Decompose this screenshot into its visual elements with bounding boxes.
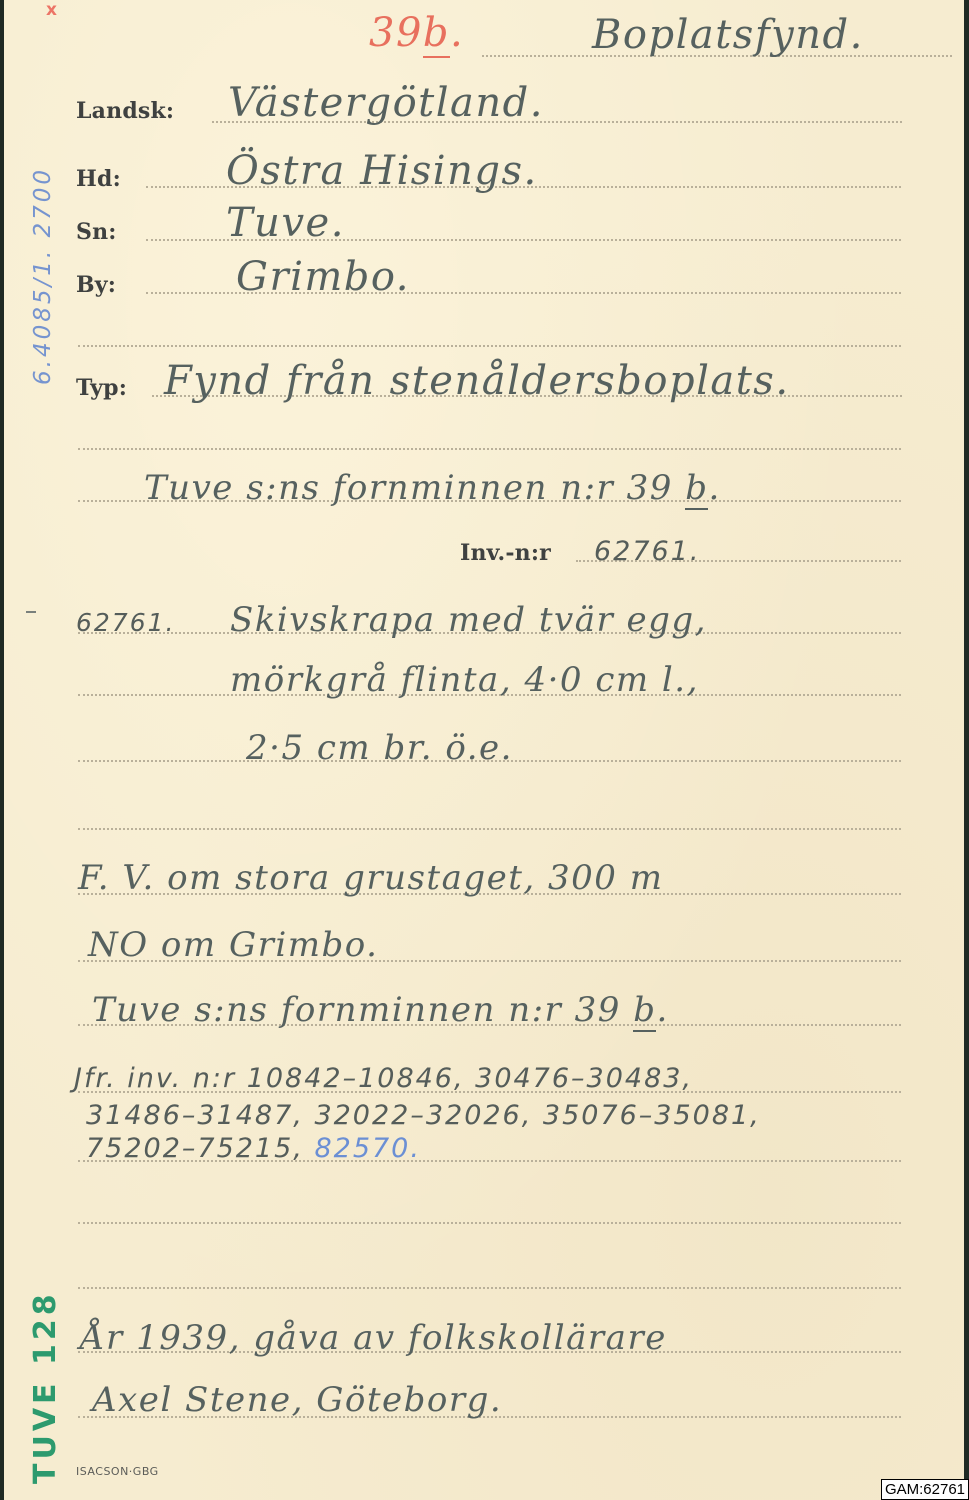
inventory-label: Inv.-n:r xyxy=(460,540,551,566)
item-description-line-2: mörkgrå flinta, 4·0 cm l., xyxy=(230,660,699,700)
card-number-end: . xyxy=(450,10,464,56)
compare-last-range: 75202–75215, xyxy=(86,1133,304,1164)
field-value-by: Grimbo. xyxy=(236,254,410,300)
card-number-suffix: b xyxy=(423,10,450,58)
monument-reference-2-end: . xyxy=(656,990,668,1030)
field-label-hd: Hd: xyxy=(76,166,121,192)
field-label-sn: Sn: xyxy=(76,219,117,245)
compare-line-3-text: 75202–75215, 82570. xyxy=(86,1133,421,1164)
monument-reference-2-suffix: b xyxy=(633,990,656,1032)
compare-added-number: 82570. xyxy=(314,1133,420,1164)
side-archive-number: 6.4085/1. 2700 xyxy=(30,167,56,385)
field-label-landsk: Landsk: xyxy=(76,98,174,124)
type-value: Fynd från stenåldersboplats. xyxy=(164,358,790,404)
corner-mark: x xyxy=(46,0,57,20)
monument-reference-2: Tuve s:ns fornminnen n:r 39 b. xyxy=(92,990,669,1030)
field-value-hd: Östra Hisings. xyxy=(226,148,538,194)
printer-imprint: ISACSON·GBG xyxy=(76,1465,159,1478)
find-location-line-2: NO om Grimbo. xyxy=(88,925,378,965)
blank-line-5 xyxy=(78,1287,901,1289)
field-value-landsk: Västergötland. xyxy=(228,80,544,126)
inventory-value: 62761. xyxy=(594,536,700,567)
monument-reference: Tuve s:ns fornminnen n:r 39 b. xyxy=(144,468,721,508)
acquisition-line-2-text: Axel Stene, Göteborg. xyxy=(92,1380,502,1420)
find-location-line-1: F. V. om stora grustaget, 300 m xyxy=(78,858,663,898)
compare-line-2-text: 31486–31487, 32022–32026, 35076–35081, xyxy=(86,1100,761,1131)
parish-stamp: TUVE 128 xyxy=(28,1290,63,1484)
monument-reference-text: Tuve s:ns fornminnen n:r 39 xyxy=(144,468,673,508)
card-number-digits: 39 xyxy=(369,10,423,56)
acquisition-line-1-text: År 1939, gåva av folkskollärare xyxy=(80,1318,667,1358)
field-value-sn: Tuve. xyxy=(226,200,345,246)
item-dash xyxy=(26,611,36,613)
blank-line-3 xyxy=(78,828,901,830)
field-label-by: By: xyxy=(76,272,116,298)
type-label: Typ: xyxy=(76,375,127,401)
card-number: 39b. xyxy=(369,10,464,56)
monument-reference-end: . xyxy=(708,468,720,508)
catalog-card: x 39b. Boplatsfynd. 6.4085/1. 2700 Lands… xyxy=(4,0,964,1500)
catalog-id-label: GAM:62761 xyxy=(881,1479,969,1500)
monument-reference-suffix: b xyxy=(685,468,708,510)
blank-line-2 xyxy=(78,448,901,450)
compare-line-1-text: Jfr. inv. n:r 10842–10846, 30476–30483, xyxy=(74,1063,693,1094)
card-category: Boplatsfynd. xyxy=(592,12,864,58)
item-description-line-1: Skivskrapa med tvär egg, xyxy=(230,600,707,640)
monument-reference-2-text: Tuve s:ns fornminnen n:r 39 xyxy=(92,990,621,1030)
blank-line-4 xyxy=(78,1222,901,1224)
item-description-line-3: 2·5 cm br. ö.e. xyxy=(246,728,513,768)
blank-line-1 xyxy=(78,345,901,347)
